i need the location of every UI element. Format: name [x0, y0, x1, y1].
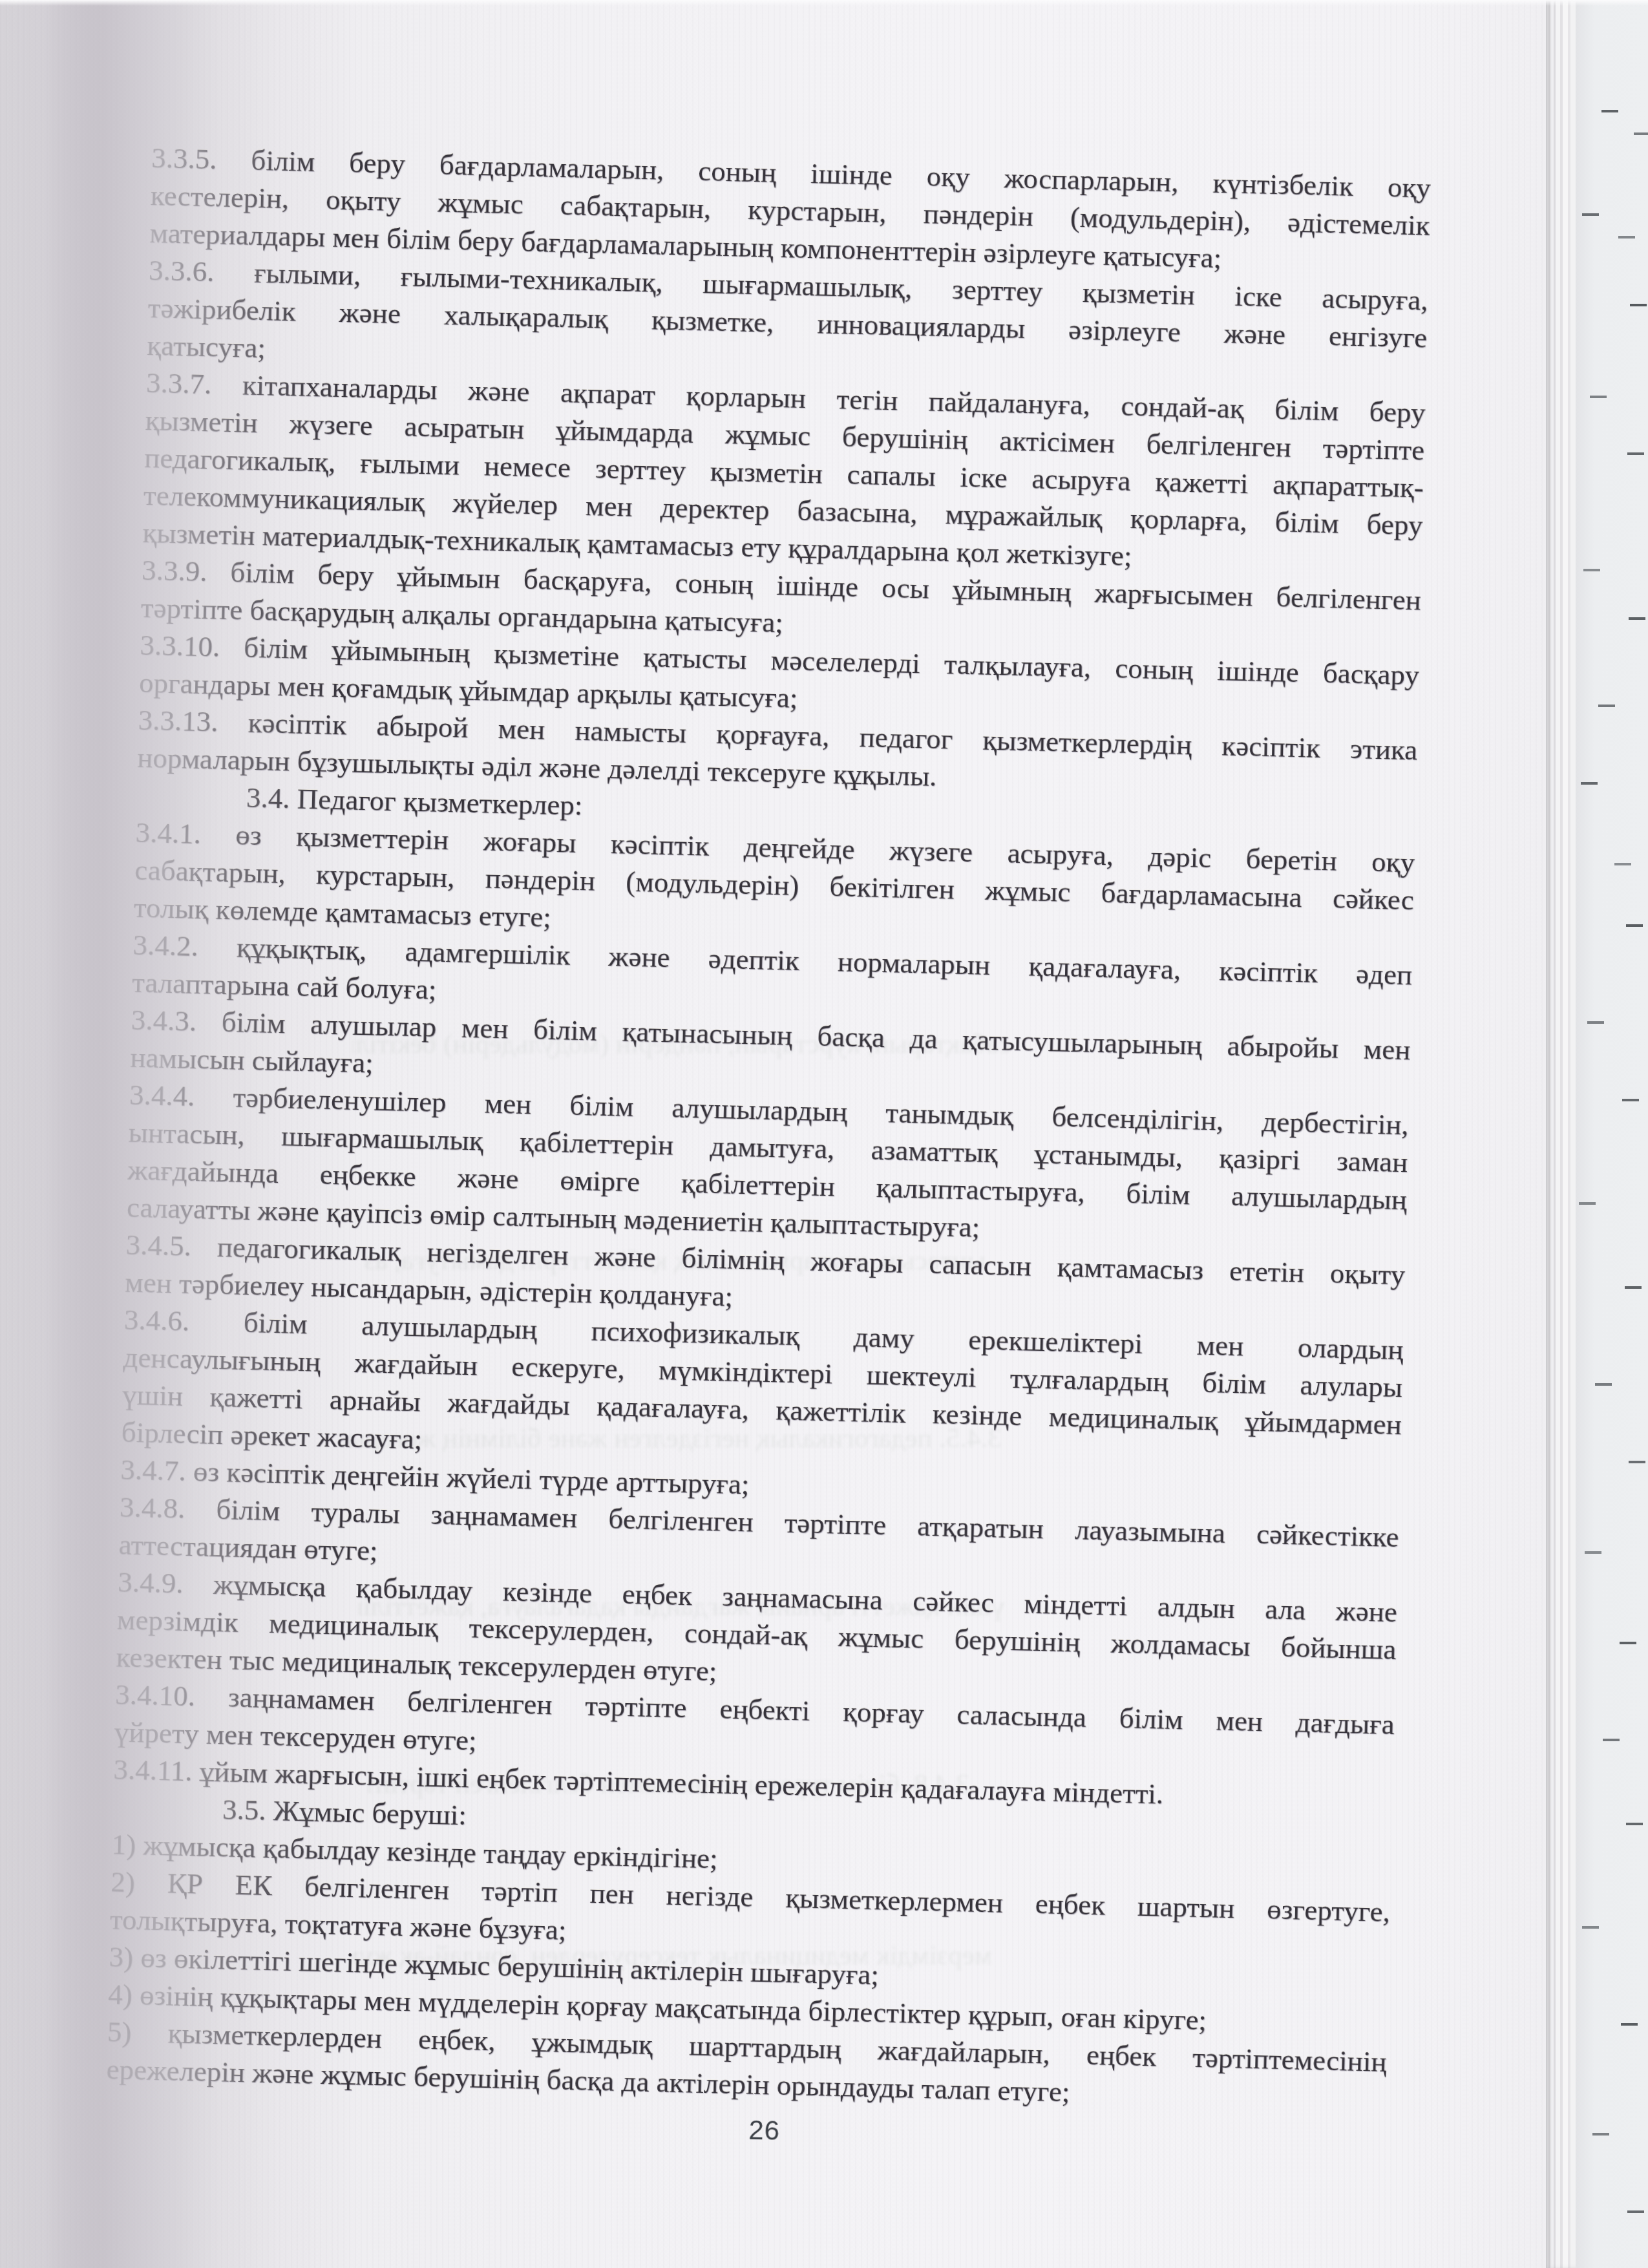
scan-canvas: сабақтарын, курстарын, пәндерін (модульд…	[0, 0, 1648, 2268]
scanner-background	[1576, 0, 1648, 2268]
text-block: 3.3.5. білім беру бағдарламаларын, соның…	[105, 139, 1431, 2161]
page-edge-stack	[1546, 0, 1576, 2268]
scan-top-edge	[0, 0, 1648, 6]
text-lines: 3.3.5. білім беру бағдарламаларын, соның…	[106, 139, 1431, 2118]
scanned-page: сабақтарын, курстарын, пәндерін (модульд…	[0, 0, 1546, 2268]
